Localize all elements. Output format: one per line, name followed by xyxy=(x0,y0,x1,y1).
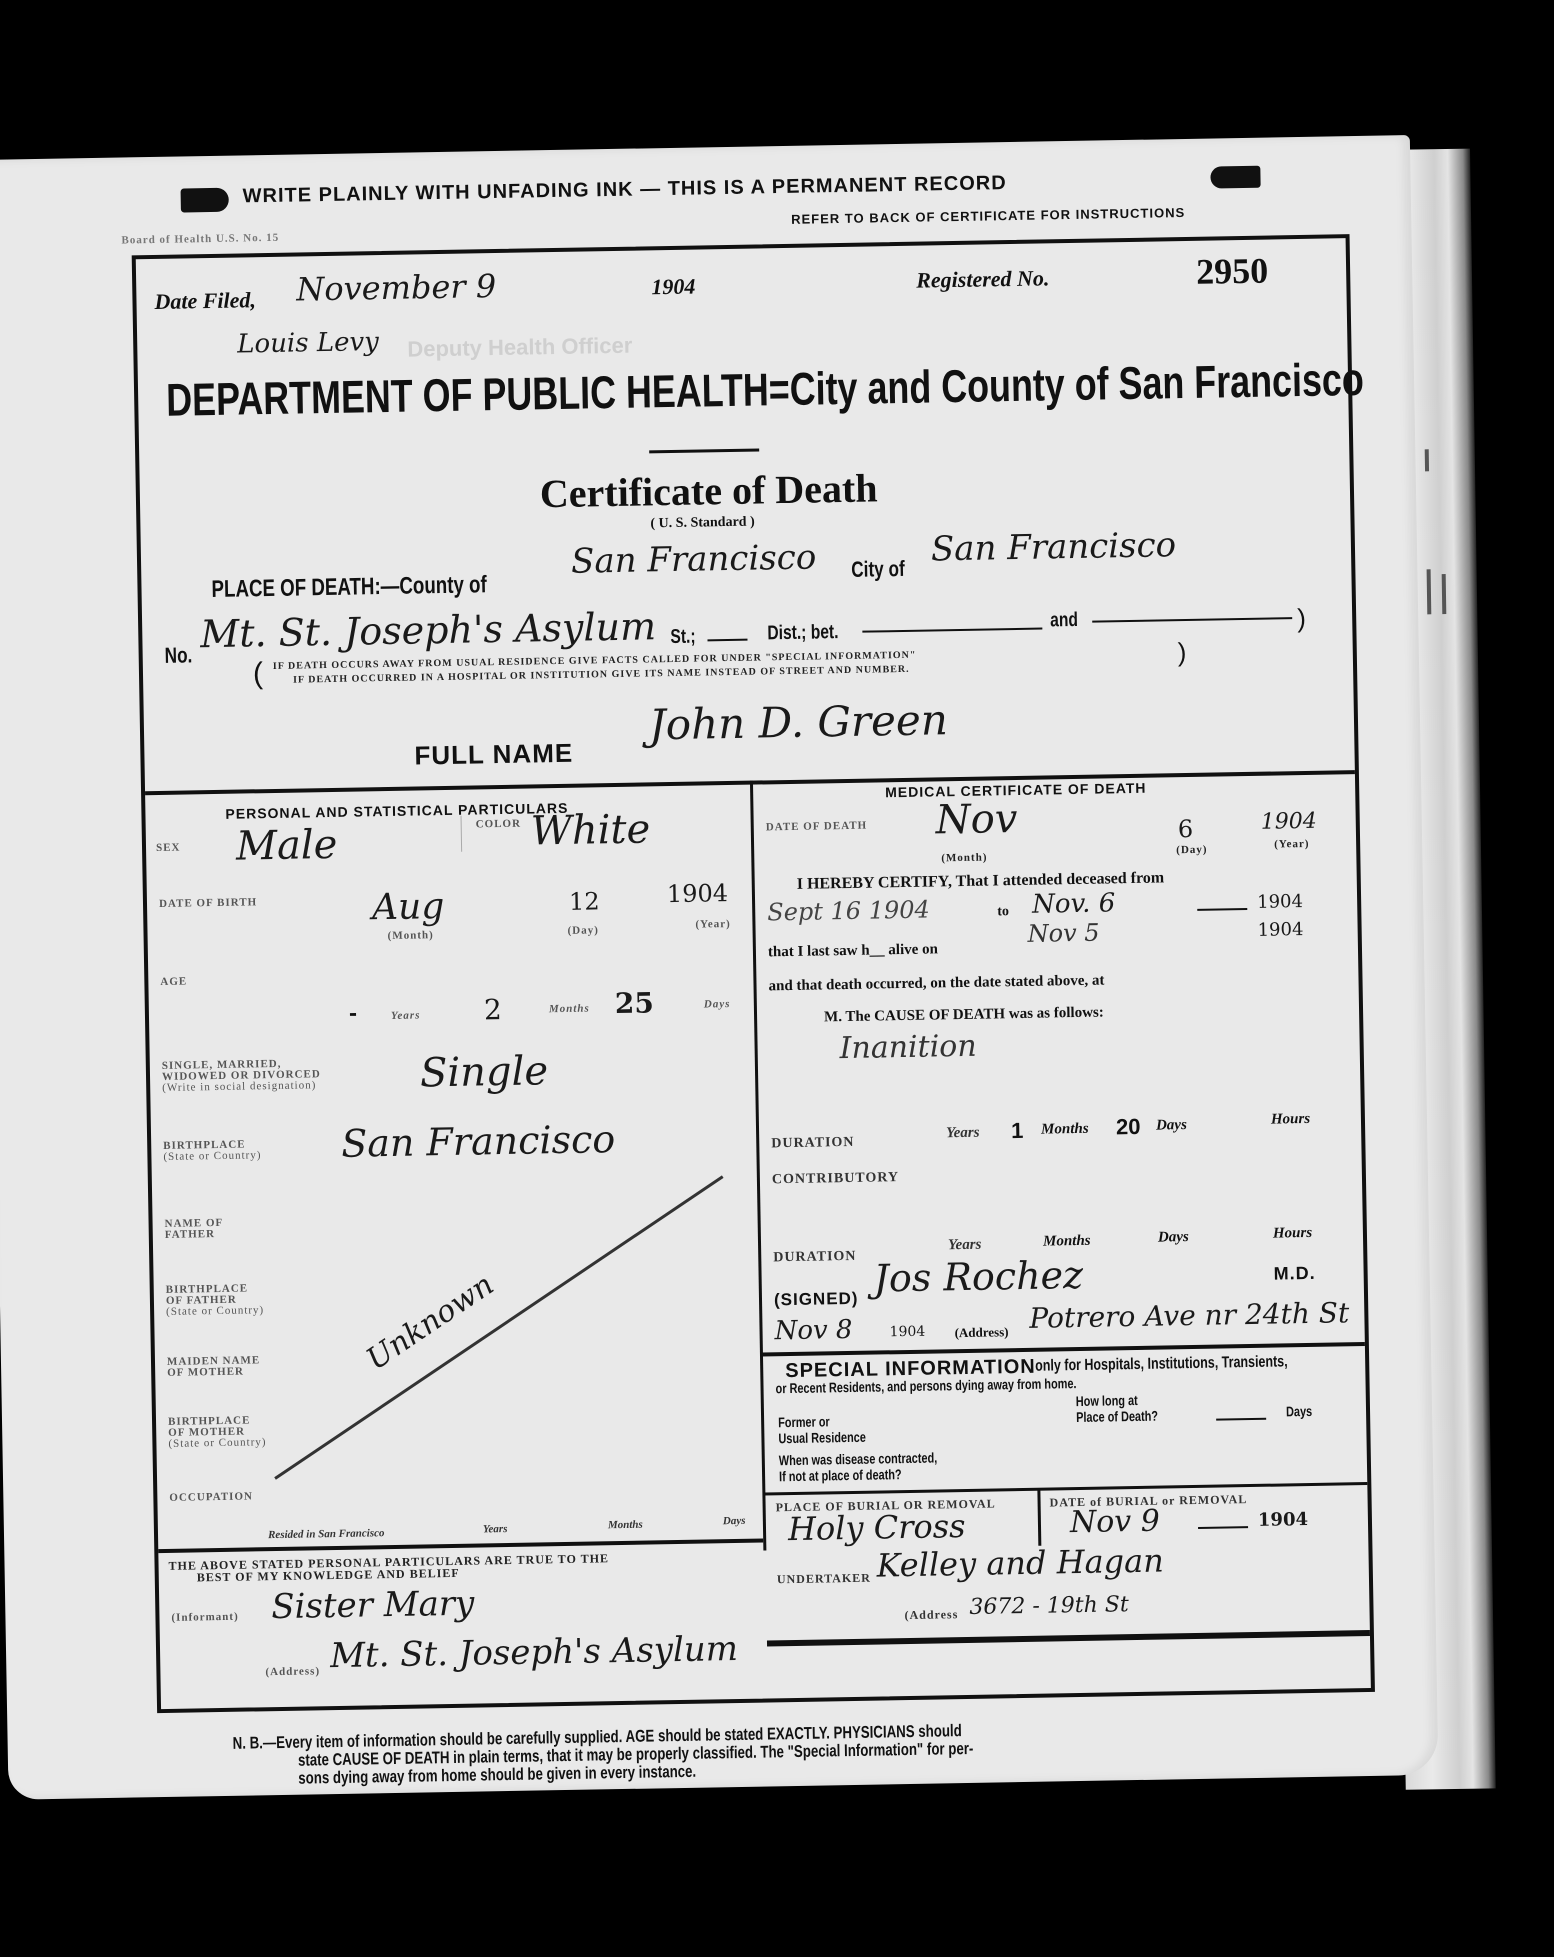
signed-label: (SIGNED) xyxy=(774,1289,859,1310)
how-long-label-1: How long at xyxy=(1076,1392,1138,1409)
column-divider xyxy=(750,781,766,1551)
color-value: White xyxy=(530,806,650,854)
cause-value: Inanition xyxy=(839,1029,977,1066)
date-filed-value: November 9 xyxy=(296,267,497,308)
informant-address-value: Mt. St. Joseph's Asylum xyxy=(330,1629,738,1676)
date-filed-label: Date Filed, xyxy=(154,287,256,315)
duration2-days-label: Days xyxy=(1158,1229,1189,1247)
marital-label-3: (Write in social designation) xyxy=(162,1080,316,1094)
resided-days-label: Days xyxy=(723,1515,746,1527)
stack-mark xyxy=(1425,449,1429,471)
attended-to: Nov. 6 xyxy=(1032,888,1116,919)
attended-from: Sept 16 1904 xyxy=(767,896,930,927)
how-long-days-label: Days xyxy=(1286,1403,1312,1419)
certificate-page: WRITE PLAINLY WITH UNFADING INK — THIS I… xyxy=(0,135,1438,1800)
mother-birthplace-label-3: (State or Country) xyxy=(168,1437,266,1450)
father-name-label-2: FATHER xyxy=(165,1229,215,1241)
occurred-text: and that death occurred, on the date sta… xyxy=(768,973,1104,996)
burial-rule xyxy=(764,1482,1367,1496)
form-bottom-rule xyxy=(767,1630,1370,1647)
banner-text: WRITE PLAINLY WITH UNFADING INK — THIS I… xyxy=(242,172,1006,208)
former-residence-label-2: Usual Residence xyxy=(778,1429,866,1447)
dod-year-label: (Year) xyxy=(1274,839,1310,851)
duration2-years-label: Years xyxy=(948,1237,982,1255)
age-days-label: Days xyxy=(704,999,731,1010)
physician-address: Potrero Ave nr 24th St xyxy=(1029,1296,1349,1335)
resided-years-label: Years xyxy=(483,1523,508,1535)
registered-label: Registered No. xyxy=(916,265,1050,293)
dod-year: 1904 xyxy=(1261,809,1317,835)
paren-close: ) xyxy=(1297,603,1306,634)
duration-days-label: Days xyxy=(1156,1117,1187,1135)
attended-to-year: 1904 xyxy=(1257,891,1303,913)
parents-unknown: Unknown xyxy=(360,1267,500,1377)
marital-value: Single xyxy=(420,1048,549,1096)
health-officer-title: Deputy Health Officer xyxy=(407,333,632,363)
birthplace-value: San Francisco xyxy=(341,1117,616,1166)
dod-day-label: (Day) xyxy=(1176,845,1207,857)
dob-year: 1904 xyxy=(667,879,729,908)
duration2-hours-label: Hours xyxy=(1273,1225,1312,1243)
duration-label: DURATION xyxy=(771,1137,854,1149)
dob-month: Aug xyxy=(372,886,445,928)
dob-year-label: (Year) xyxy=(695,919,731,931)
attest-rule xyxy=(158,1539,763,1554)
street-no-label: No. xyxy=(164,642,192,668)
age-months-label: Months xyxy=(549,1003,590,1015)
age-days: 25 xyxy=(615,986,655,1020)
informant-label: (Informant) xyxy=(171,1612,238,1624)
color-label: COLOR xyxy=(476,819,522,831)
form-box: Date Filed, November 9 1904 Registered N… xyxy=(132,234,1375,1713)
undertaker-address-label: (Address xyxy=(904,1609,958,1621)
district-label: Dist.; bet. xyxy=(767,621,838,645)
md-label: M.D. xyxy=(1273,1263,1315,1285)
birthplace-label-2: (State or Country) xyxy=(163,1150,261,1163)
contributory-label: CONTRIBUTORY xyxy=(772,1172,899,1185)
date-filed-year: 1904 xyxy=(651,274,695,301)
place-of-death-label: PLACE OF DEATH:—County of xyxy=(211,571,487,604)
to-label: to xyxy=(997,904,1009,920)
father-birthplace-label-3: (State or Country) xyxy=(166,1305,264,1318)
sex-value: Male xyxy=(236,822,338,870)
duration-months-label: Months xyxy=(1041,1121,1089,1139)
dod-label: DATE OF DEATH xyxy=(766,821,868,834)
street-label: St.; xyxy=(670,626,696,649)
how-long-label-2: Place of Death? xyxy=(1076,1408,1158,1425)
duration2-months-label: Months xyxy=(1043,1233,1091,1251)
and-label: and xyxy=(1050,609,1078,632)
undertaker-value: Kelley and Hagan xyxy=(876,1542,1164,1585)
dob-month-label: (Month) xyxy=(388,930,434,942)
occupation-label: OCCUPATION xyxy=(169,1491,253,1503)
undertaker-address: 3672 - 19th St xyxy=(969,1592,1129,1620)
district-blank xyxy=(862,628,1042,633)
age-label: AGE xyxy=(160,977,187,988)
printer-mark: Board of Health U.S. No. 15 xyxy=(121,233,279,247)
resided-label: Resided in San Francisco xyxy=(268,1527,385,1541)
city-value: San Francisco xyxy=(931,525,1177,569)
duration-months: 20 xyxy=(1116,1114,1141,1140)
registered-number: 2950 xyxy=(1196,250,1269,293)
dod-day: 6 xyxy=(1178,815,1194,843)
signed-date: Nov 8 xyxy=(774,1315,852,1346)
burial-year: 1904 xyxy=(1258,1509,1308,1531)
dod-month: Nov xyxy=(935,796,1017,843)
informant-value: Sister Mary xyxy=(271,1584,475,1628)
last-saw-year: 1904 xyxy=(1257,919,1303,941)
certificate-title: Certificate of Death xyxy=(540,464,878,517)
refer-instructions: REFER TO BACK OF CERTIFICATE FOR INSTRUC… xyxy=(791,205,1185,227)
attest-line-2: BEST OF MY KNOWLEDGE AND BELIEF xyxy=(197,1568,460,1584)
informant-address-label: (Address) xyxy=(265,1666,320,1678)
burial-place-value: Holy Cross xyxy=(788,1507,966,1548)
dod-month-label: (Month) xyxy=(941,853,987,865)
last-saw-text: that I last saw h__ alive on xyxy=(768,941,938,961)
special-heading-rest: only for Hospitals, Institutions, Transi… xyxy=(1035,1353,1288,1375)
mother-name-label-2: OF MOTHER xyxy=(167,1367,244,1379)
age-years-label: Years xyxy=(391,1010,421,1022)
contracted-label-1: When was disease contracted, xyxy=(779,1449,938,1468)
dob-day: 12 xyxy=(569,887,600,916)
pointing-hand-icon xyxy=(1210,166,1260,189)
stack-mark xyxy=(1427,569,1432,614)
county-value: San Francisco xyxy=(571,537,817,581)
full-name-label: FULL NAME xyxy=(414,738,573,772)
dob-day-label: (Day) xyxy=(567,925,598,937)
street-no-value: Mt. St. Joseph's Asylum xyxy=(200,604,656,656)
duration2-label: DURATION xyxy=(773,1251,856,1263)
duration-years: 1 xyxy=(1011,1118,1024,1144)
and-blank xyxy=(1092,617,1292,622)
certificate-subtitle: ( U. S. Standard ) xyxy=(650,515,755,533)
strike-line xyxy=(274,1175,723,1479)
stack-mark xyxy=(1442,574,1447,614)
duration-hours-label: Hours xyxy=(1271,1111,1310,1129)
burial-date-blank xyxy=(1198,1526,1248,1529)
cause-label: M. The CAUSE OF DEATH was as follows: xyxy=(824,1005,1104,1027)
street-blank xyxy=(707,639,747,642)
physician-signature: Jos Rochez xyxy=(873,1253,1083,1301)
undertaker-label: UNDERTAKER xyxy=(777,1573,871,1586)
last-saw-date: Nov 5 xyxy=(1027,919,1099,948)
sex-color-divider xyxy=(461,816,463,852)
attended-to-blank xyxy=(1197,908,1247,911)
divider xyxy=(649,448,759,453)
resided-months-label: Months xyxy=(608,1519,643,1532)
paren-open: ( xyxy=(253,657,264,691)
duration-years-label: Years xyxy=(946,1125,980,1143)
sex-label: SEX xyxy=(156,843,181,854)
city-label: City of xyxy=(851,556,905,583)
paren-close-2: ) xyxy=(1178,637,1187,668)
signed-year: 1904 xyxy=(889,1324,925,1341)
health-officer-signature: Louis Levy xyxy=(237,327,379,359)
burial-divider xyxy=(1037,1490,1041,1546)
contracted-label-2: If not at place of death? xyxy=(779,1466,902,1484)
full-name-value: John D. Green xyxy=(649,695,949,749)
physician-address-label: (Address) xyxy=(954,1324,1008,1341)
how-long-blank xyxy=(1216,1418,1266,1421)
pointing-hand-icon xyxy=(181,188,229,213)
dob-label: DATE OF BIRTH xyxy=(159,897,257,910)
age-months: 2 xyxy=(484,993,502,1026)
age-years: - xyxy=(349,1000,357,1028)
department-heading: DEPARTMENT OF PUBLIC HEALTH=City and Cou… xyxy=(166,353,1321,427)
former-residence-label-1: Former or xyxy=(778,1413,830,1430)
burial-date-value: Nov 9 xyxy=(1070,1504,1160,1541)
